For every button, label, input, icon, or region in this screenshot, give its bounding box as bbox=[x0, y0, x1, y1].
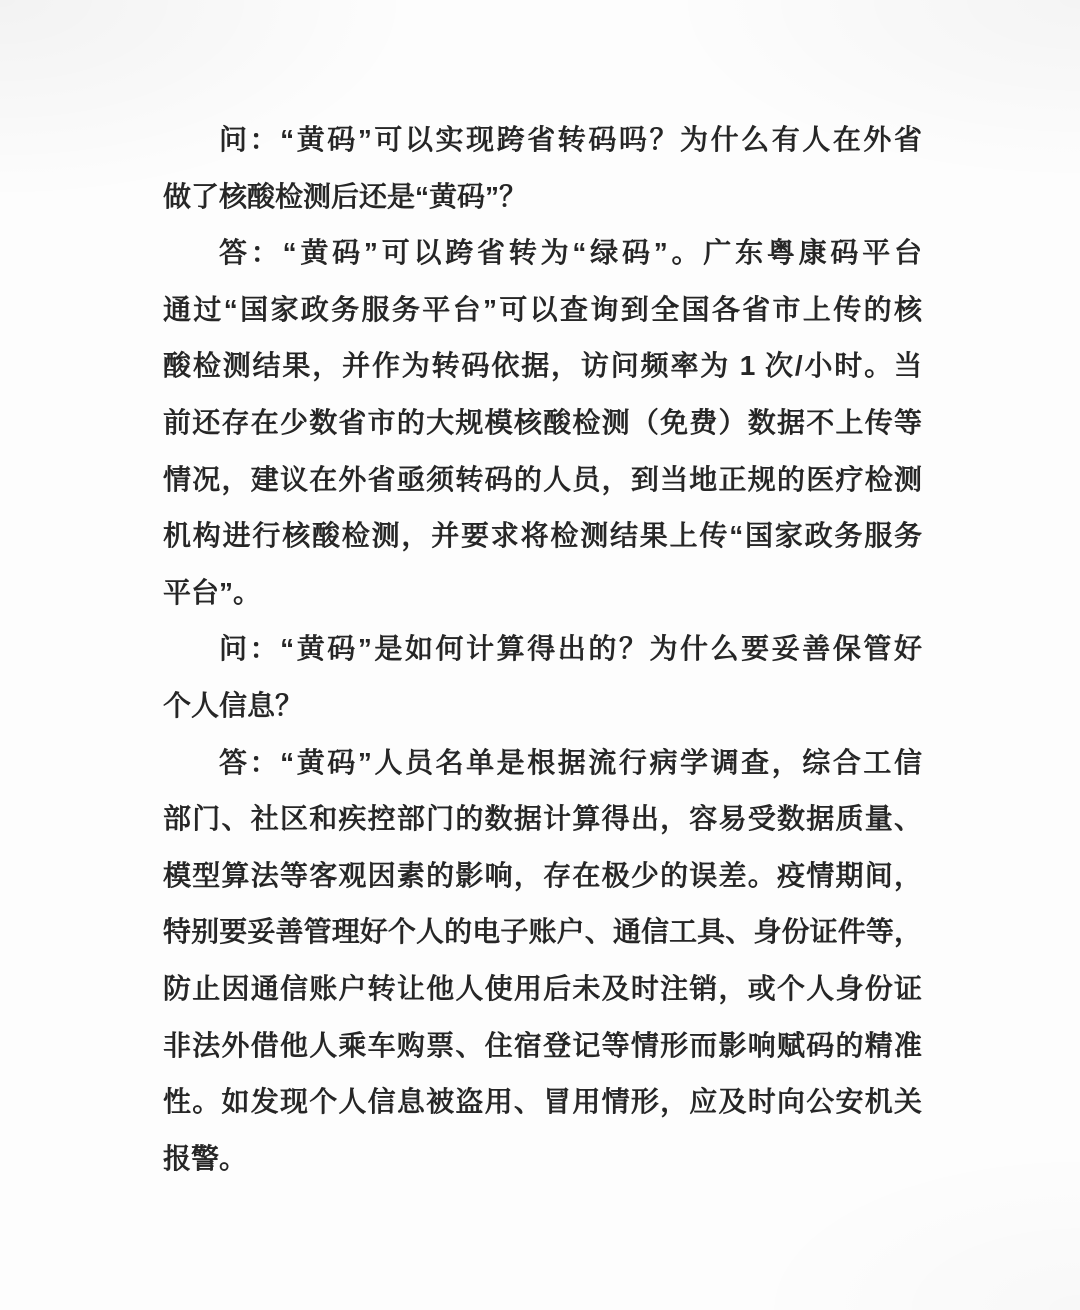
text-line: 问：“黄码”是如何计算得出的？为什么要妥善保管好 bbox=[163, 621, 922, 678]
paragraph-answer-4: 答：“黄码”人员名单是根据流行病学调查，综合工信部门、社区和疾控部门的数据计算得… bbox=[163, 735, 922, 1188]
paragraph-answer-2: 答：“黄码”可以跨省转为“绿码”。广东粤康码平台通过“国家政务服务平台”可以查询… bbox=[163, 225, 922, 621]
text-line: 性。如发现个人信息被盗用、冒用情形，应及时向公安机关 bbox=[163, 1074, 922, 1131]
text-line: 做了核酸检测后还是“黄码”？ bbox=[163, 169, 922, 226]
paragraph-question-3: 问：“黄码”是如何计算得出的？为什么要妥善保管好个人信息？ bbox=[163, 621, 922, 734]
text-line: 特别要妥善管理好个人的电子账户、通信工具、身份证件等， bbox=[163, 904, 922, 961]
text-line: 情况，建议在外省亟须转码的人员，到当地正规的医疗检测 bbox=[163, 452, 922, 509]
text-line: 部门、社区和疾控部门的数据计算得出，容易受数据质量、 bbox=[163, 791, 922, 848]
text-line: 机构进行核酸检测，并要求将检测结果上传“国家政务服务 bbox=[163, 508, 922, 565]
text-line: 前还存在少数省市的大规模核酸检测（免费）数据不上传等 bbox=[163, 395, 922, 452]
text-line: 答：“黄码”人员名单是根据流行病学调查，综合工信 bbox=[163, 735, 922, 792]
text-line: 模型算法等客观因素的影响，存在极少的误差。疫情期间， bbox=[163, 848, 922, 905]
document-page: 问：“黄码”可以实现跨省转码吗？为什么有人在外省做了核酸检测后还是“黄码”？答：… bbox=[0, 0, 1080, 1310]
text-line: 防止因通信账户转让他人使用后未及时注销，或个人身份证 bbox=[163, 961, 922, 1018]
text-line: 酸检测结果，并作为转码依据，访问频率为 1 次/小时。当 bbox=[163, 338, 922, 395]
text-line: 通过“国家政务服务平台”可以查询到全国各省市上传的核 bbox=[163, 282, 922, 339]
paragraph-question-1: 问：“黄码”可以实现跨省转码吗？为什么有人在外省做了核酸检测后还是“黄码”？ bbox=[163, 112, 922, 225]
qa-text-block: 问：“黄码”可以实现跨省转码吗？为什么有人在外省做了核酸检测后还是“黄码”？答：… bbox=[163, 112, 922, 1187]
text-line: 平台”。 bbox=[163, 565, 922, 622]
text-line: 报警。 bbox=[163, 1131, 922, 1188]
text-line: 问：“黄码”可以实现跨省转码吗？为什么有人在外省 bbox=[163, 112, 922, 169]
text-line: 非法外借他人乘车购票、住宿登记等情形而影响赋码的精准 bbox=[163, 1018, 922, 1075]
text-line: 答：“黄码”可以跨省转为“绿码”。广东粤康码平台 bbox=[163, 225, 922, 282]
text-line: 个人信息？ bbox=[163, 678, 922, 735]
